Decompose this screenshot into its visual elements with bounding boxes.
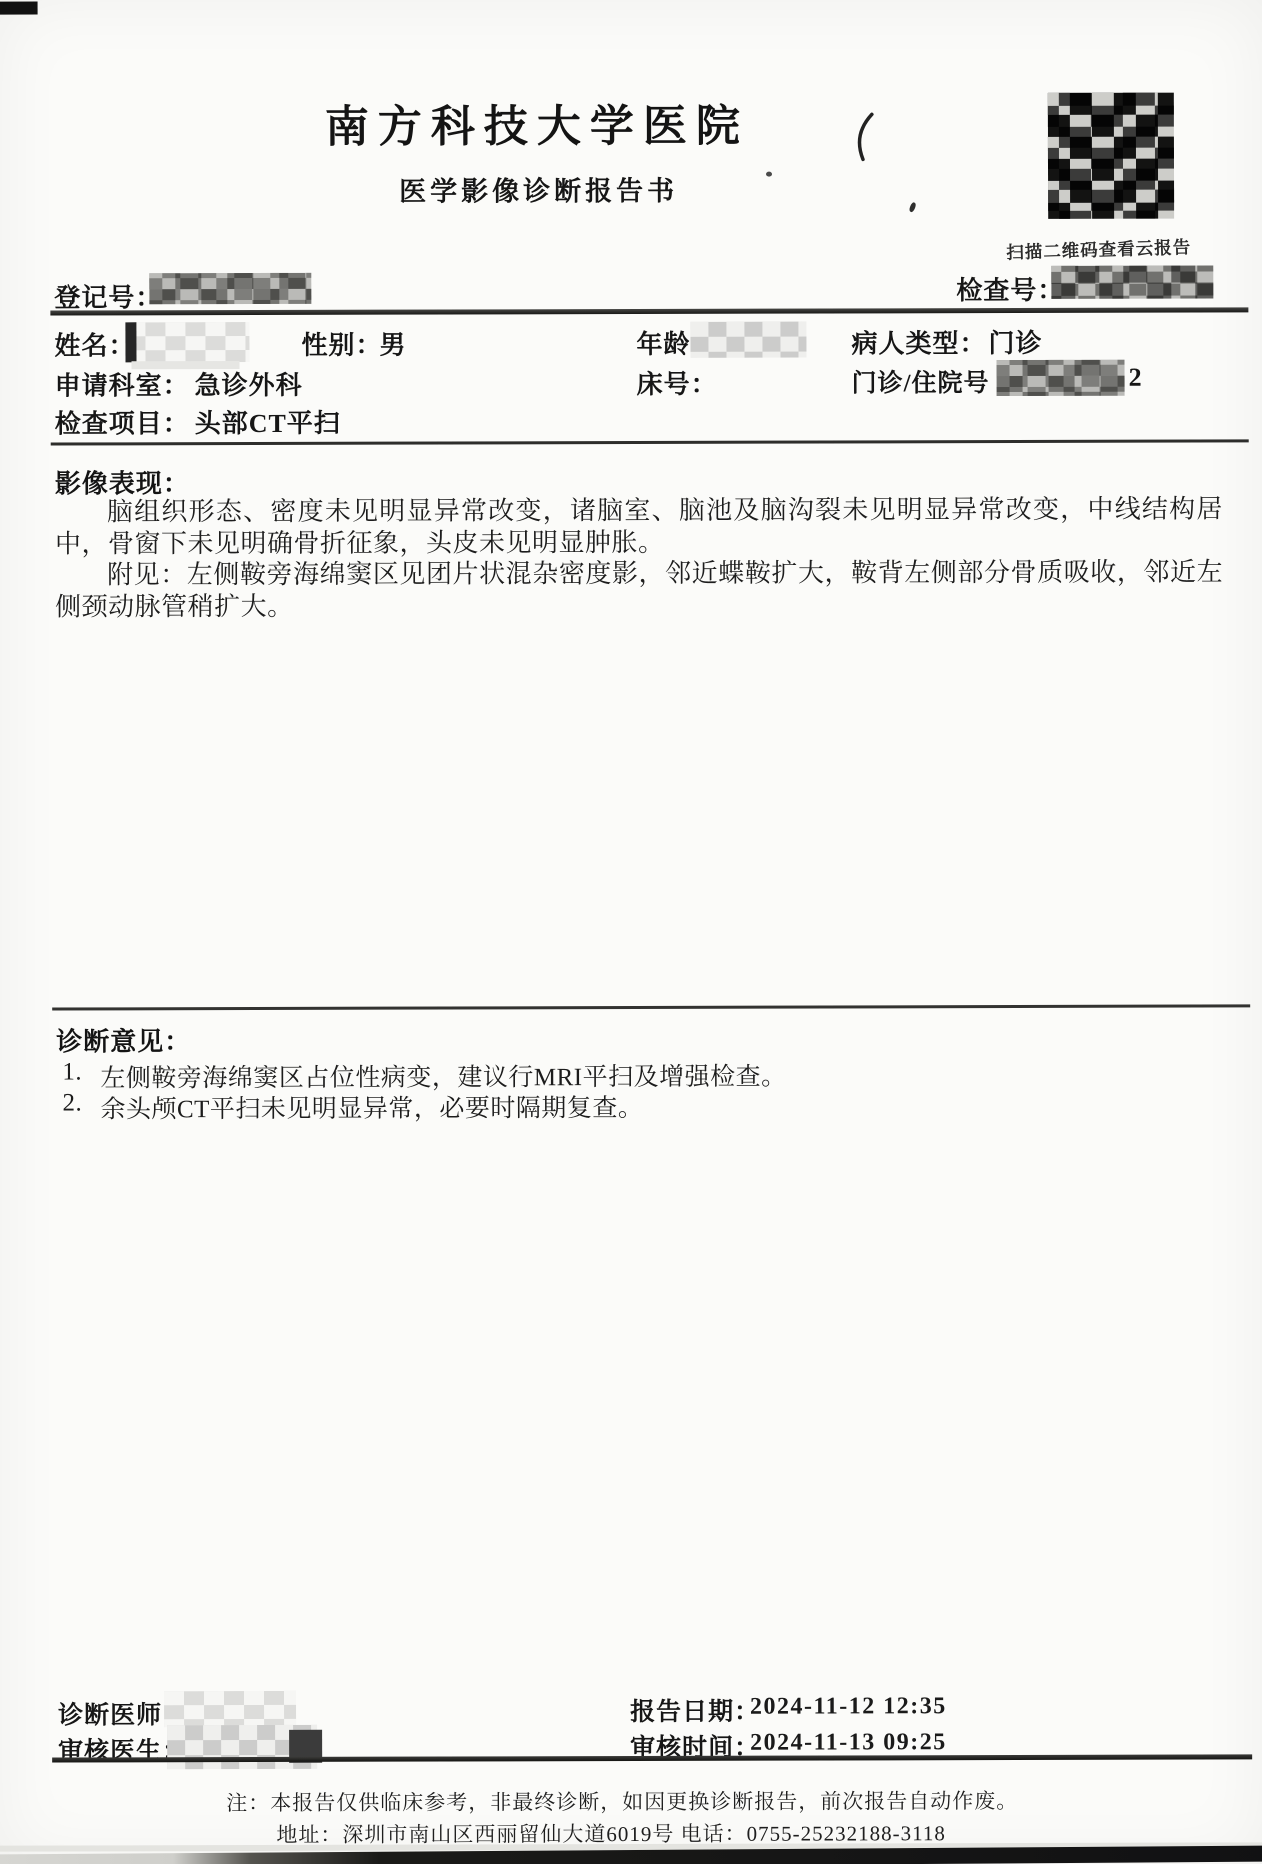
exam-no-label: 检查号： [956,270,1064,307]
report-title: 医学影像诊断报告书 [399,169,678,209]
report-content: 南方科技大学医院 医学影像诊断报告书 扫描二维码查看云报告 登记号： 检查号： … [0,0,1262,1864]
diagnosis-item-text: 余头颅CT平扫未见明显异常，必要时隔期复查。 [100,1088,643,1125]
ink-speck [766,172,772,177]
qr-caption: 扫描二维码查看云报告 [1006,234,1192,265]
qr-code-redacted [1048,93,1174,219]
gender-label: 性别： [301,325,382,362]
diagnosis-item: 1. 左侧鞍旁海绵窦区占位性病变，建议行MRI平扫及增强检查。 [62,1055,1212,1089]
findings-paragraph: 附见：左侧鞍旁海绵窦区见团片状混杂密度影，邻近蝶鞍扩大，鞍背左侧部分骨质吸收，邻… [55,556,1223,622]
redaction-ink-bar [125,322,136,362]
exam-item-label: 检查项目： [55,403,190,440]
disclaimer-note: 注：本报告仅供临床参考，非最终诊断，如因更换诊断报告，前次报告自动作废。 [226,1785,1018,1817]
bed-no-label: 床号： [637,364,718,401]
report-date-value: 2024-11-12 12:35 [750,1693,947,1721]
diagnosis-item-number: 2. [62,1089,82,1117]
registration-no-redacted [149,273,311,304]
findings-body: 脑组织形态、密度未见明显异常改变，诸脑室、脑池及脑沟裂未见明显异常改变，中线结构… [55,493,1223,622]
visit-no-redacted [997,360,1125,396]
diagnosis-item: 2. 余头颅CT平扫未见明显异常，必要时隔期复查。 [62,1086,1212,1120]
hospital-name: 南方科技大学医院 [325,90,749,155]
diagnosis-heading: 诊断意见： [56,1021,191,1058]
patient-type-label: 病人类型： [851,323,986,360]
divider-top [50,307,1248,315]
divider-diagnosis [52,1004,1250,1010]
scanned-report-page: 南方科技大学医院 医学影像诊断报告书 扫描二维码查看云报告 登记号： 检查号： … [0,0,1262,1864]
exam-no-redacted [1051,265,1213,298]
review-time-value: 2024-11-13 09:25 [750,1729,947,1757]
findings-heading: 影像表现： [55,463,190,500]
diagnosis-item-number: 1. [62,1058,82,1086]
findings-paragraph: 脑组织形态、密度未见明显异常改变，诸脑室、脑池及脑沟裂未见明显异常改变，中线结构… [55,493,1223,559]
scan-corner-mark [0,2,38,15]
gender-value: 男 [379,325,406,362]
diagnostician-signature-redacted [164,1691,296,1727]
divider-info [51,439,1249,445]
registration-no-label: 登记号： [54,277,162,314]
visit-no-label: 门诊/住院号 [852,363,990,399]
ink-speck [908,202,916,213]
patient-name-redacted [125,322,249,362]
request-dept-value: 急诊外科 [195,365,303,402]
visit-no-suffix: 2 [1129,363,1143,393]
pen-stroke-artifact [850,111,878,163]
patient-type-value: 门诊 [988,323,1042,360]
request-dept-label: 申请科室： [55,365,190,402]
exam-item-value: 头部CT平扫 [195,403,341,440]
age-redacted [690,322,806,358]
reviewer-signature-redacted [167,1725,317,1769]
name-label: 姓名： [54,325,135,362]
report-date-label: 报告日期： [630,1692,760,1728]
